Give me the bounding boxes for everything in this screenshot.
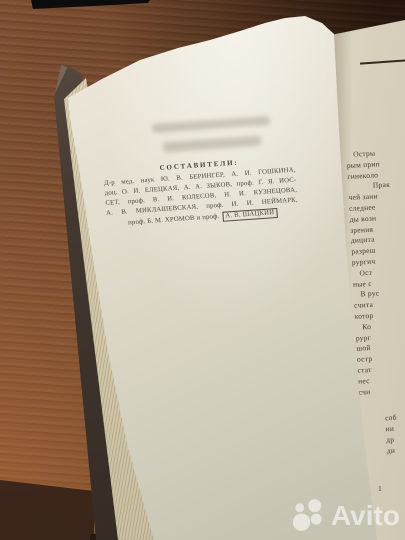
book-photo: Острырым припгинеколоПракчей заниследнее… <box>0 0 405 540</box>
right-page-number: 1 <box>378 484 382 493</box>
avito-watermark: Avito <box>291 499 400 532</box>
right-page-text-line: соб <box>385 409 405 425</box>
avito-wordmark: Avito <box>331 502 400 530</box>
avito-logo-icon <box>291 499 327 532</box>
